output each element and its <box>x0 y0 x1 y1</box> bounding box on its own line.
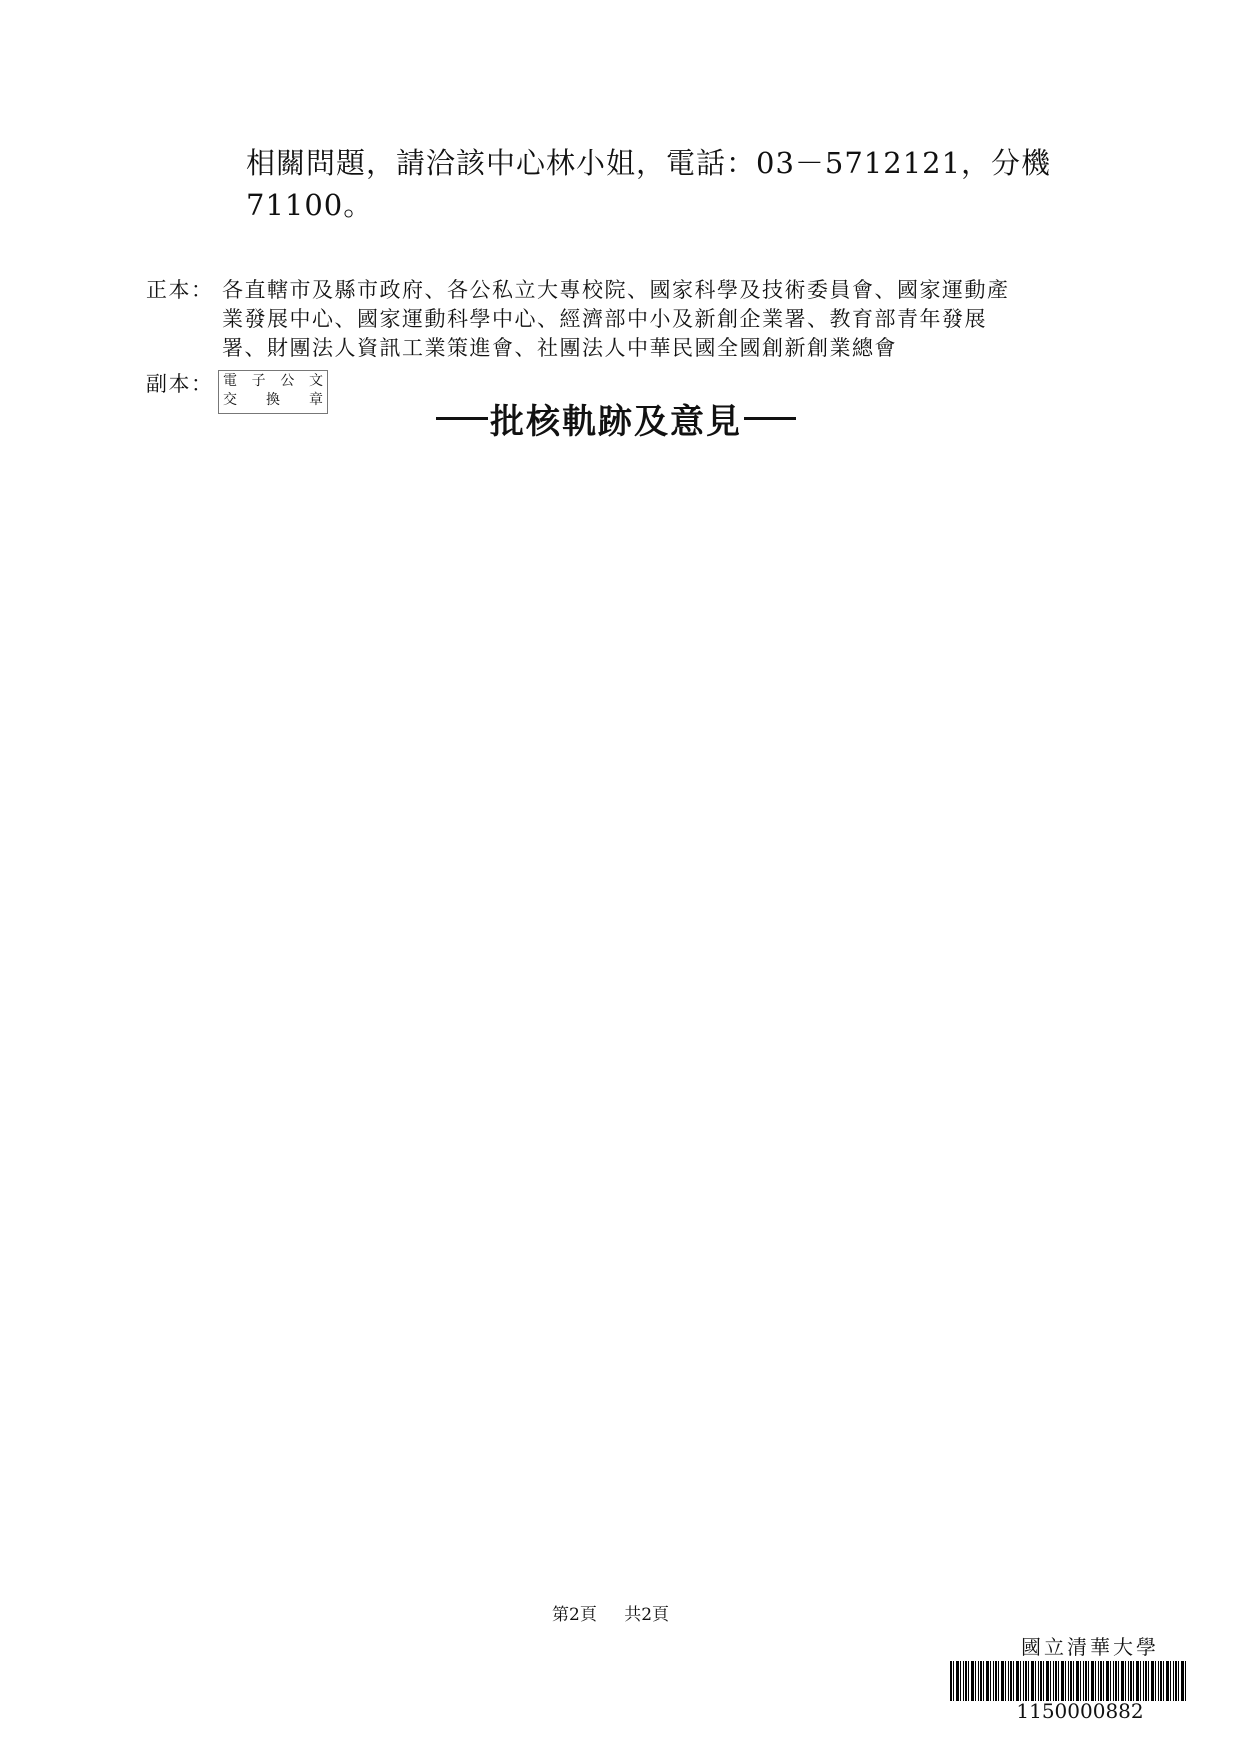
stamp-char: 交 <box>223 391 237 410</box>
approval-trail-heading: 批核軌跡及意見 <box>434 394 798 443</box>
primary-recipients-line-1: 各直轄市及縣市政府、各公私立大專校院、國家科學及技術委員會、國家運動產 <box>222 276 1106 305</box>
contact-line-2: 71100。 <box>246 184 1106 226</box>
contact-line-1: 相關問題，請洽該中心林小姐，電話：03－5712121，分機 <box>246 142 1106 184</box>
stamp-char: 公 <box>280 372 294 391</box>
copy-recipients-row: 副本： 電 子 公 文 交 換 章 <box>146 368 328 414</box>
primary-recipients-line-2: 業發展中心、國家運動科學中心、經濟部中小及新創企業署、教育部青年發展 <box>222 305 1106 334</box>
approval-trail-title: 批核軌跡及意見 <box>490 394 742 443</box>
contact-paragraph: 相關問題，請洽該中心林小姐，電話：03－5712121，分機 71100。 <box>246 142 1106 226</box>
dash-left <box>436 417 488 420</box>
primary-recipients-list: 各直轄市及縣市政府、各公私立大專校院、國家科學及技術委員會、國家運動產 業發展中… <box>222 276 1106 363</box>
barcode-organization: 國立清華大學 <box>990 1636 1190 1658</box>
barcode-block: 國立清華大學 1150000882 <box>950 1636 1190 1721</box>
electronic-exchange-stamp: 電 子 公 文 交 換 章 <box>218 370 328 414</box>
copy-recipients-label: 副本： <box>146 368 218 398</box>
page-total: 共2頁 <box>624 1605 669 1625</box>
stamp-char: 章 <box>309 391 323 410</box>
barcode-number: 1150000882 <box>970 1701 1190 1721</box>
primary-recipients-label: 正本： <box>146 276 222 363</box>
primary-recipients-line-3: 署、財團法人資訊工業策進會、社團法人中華民國全國創新創業總會 <box>222 334 1106 363</box>
page-number-footer: 第2頁 共2頁 <box>552 1600 669 1625</box>
stamp-line-1: 電 子 公 文 <box>223 372 323 391</box>
stamp-char: 電 <box>223 372 237 391</box>
primary-recipients-row: 正本： 各直轄市及縣市政府、各公私立大專校院、國家科學及技術委員會、國家運動產 … <box>146 276 1106 363</box>
stamp-char: 換 <box>266 391 280 410</box>
barcode-icon <box>950 1661 1188 1701</box>
dash-right <box>744 417 796 420</box>
stamp-char: 文 <box>309 372 323 391</box>
stamp-line-2: 交 換 章 <box>223 391 323 410</box>
stamp-char: 子 <box>252 372 266 391</box>
recipients-section: 正本： 各直轄市及縣市政府、各公私立大專校院、國家科學及技術委員會、國家運動產 … <box>146 276 1106 363</box>
page-current: 第2頁 <box>552 1605 597 1625</box>
